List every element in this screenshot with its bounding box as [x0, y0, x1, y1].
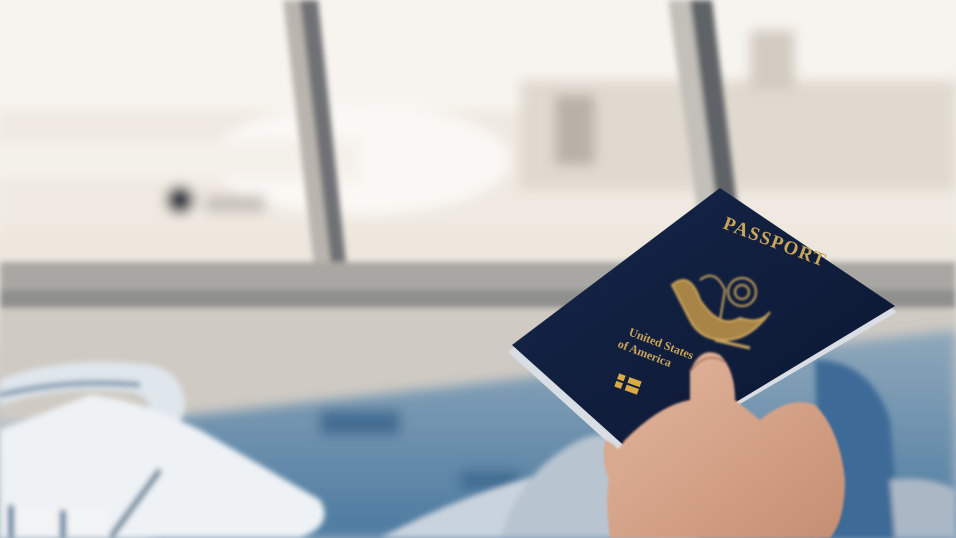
- scene-illustration: PASSPORT United States of America: [0, 0, 956, 538]
- photo-scene: PASSPORT United States of America: [0, 0, 956, 538]
